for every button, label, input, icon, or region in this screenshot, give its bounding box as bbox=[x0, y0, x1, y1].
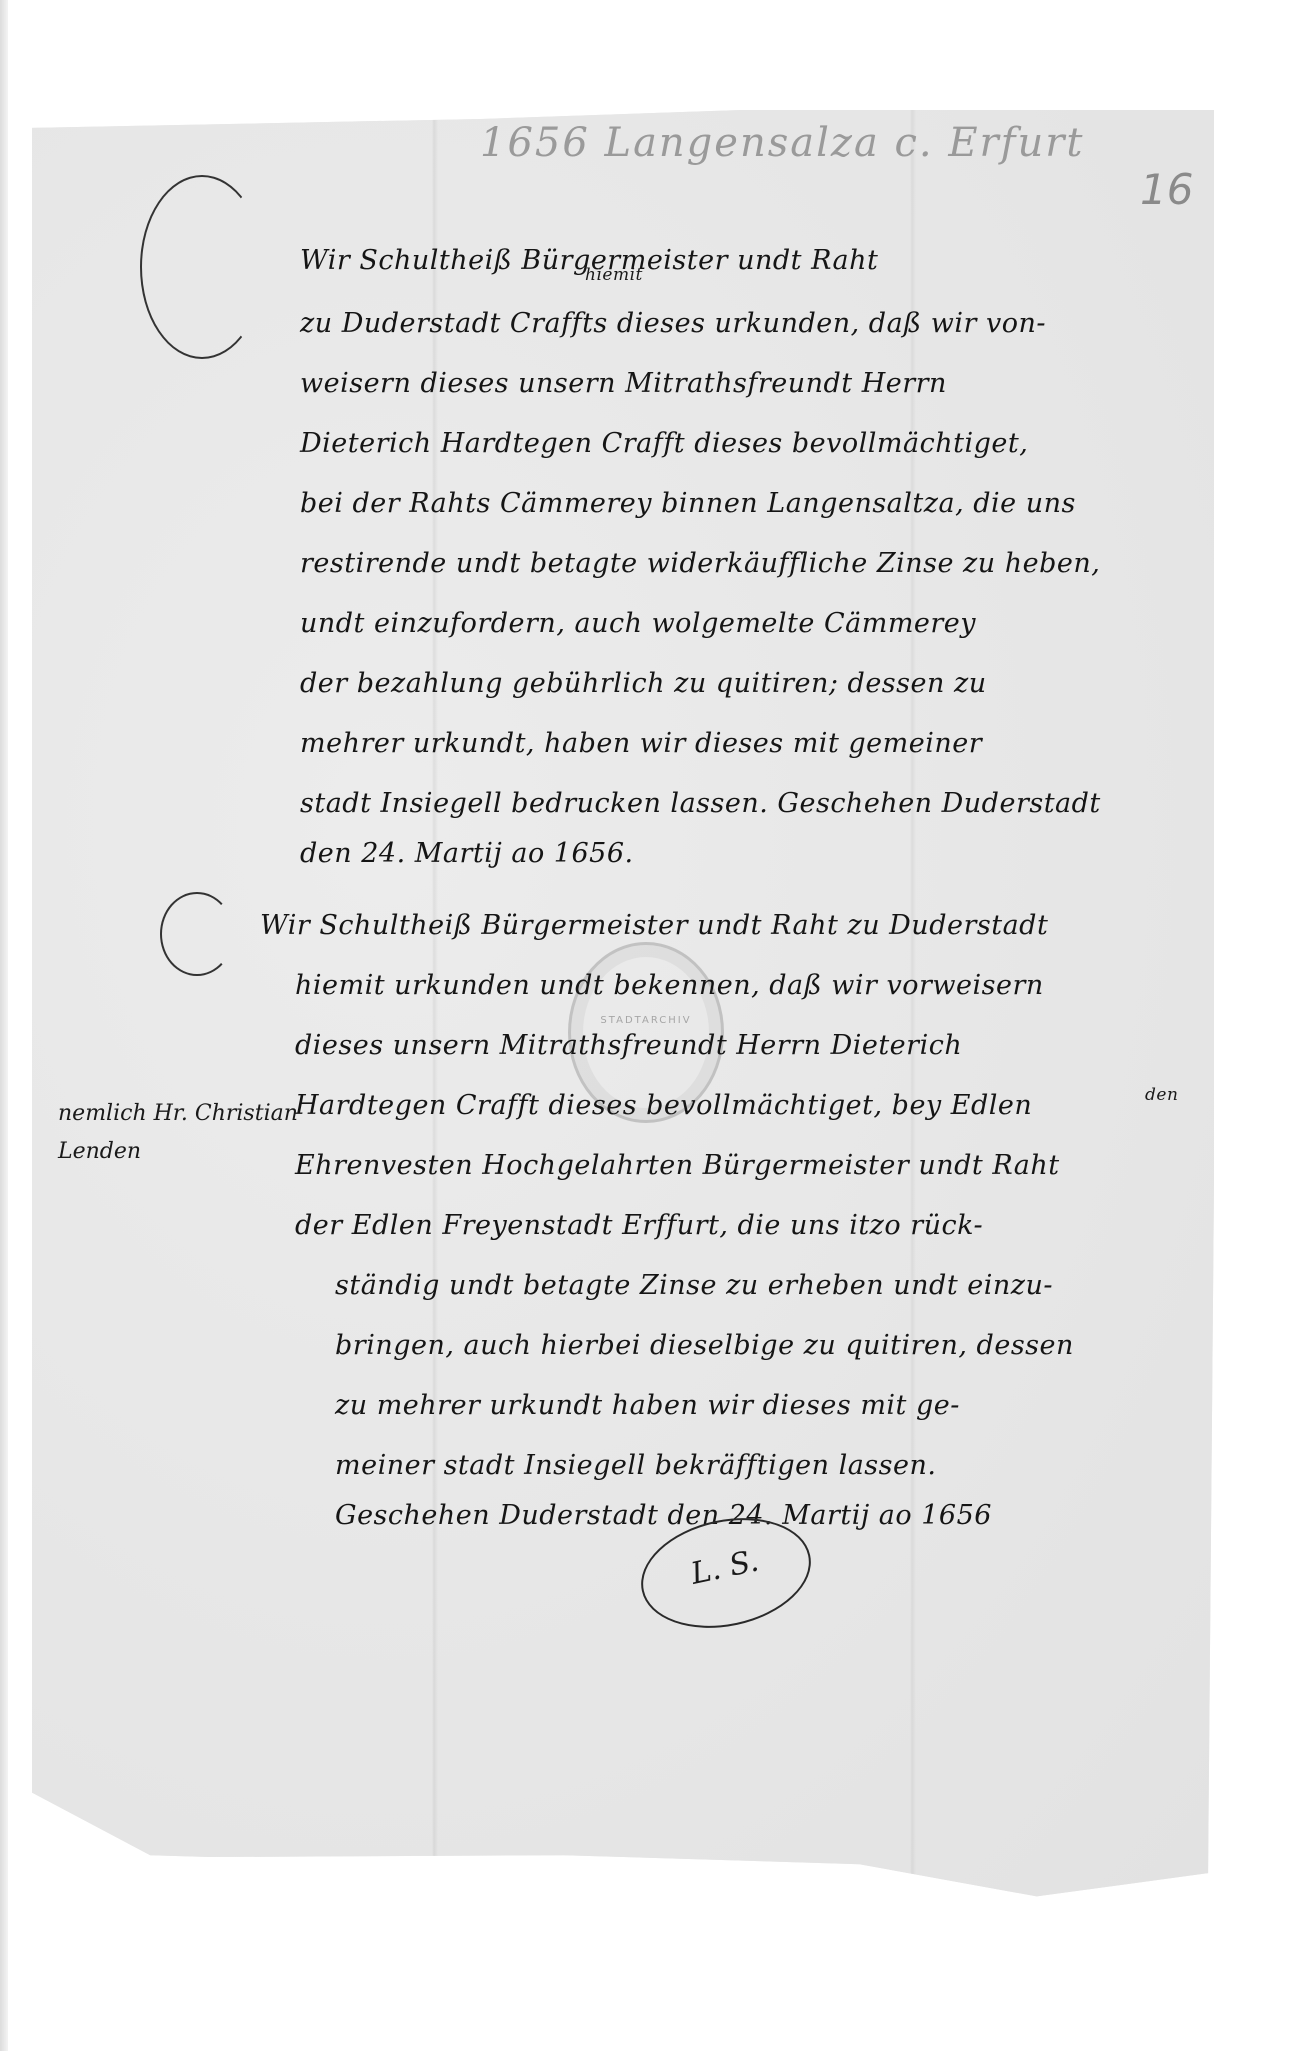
text-line: der bezahlung gebührlich zu quitiren; de… bbox=[300, 668, 987, 699]
text-line: der Edlen Freyenstadt Erffurt, die uns i… bbox=[295, 1210, 983, 1241]
text-line: zu mehrer urkundt haben wir dieses mit g… bbox=[335, 1390, 960, 1421]
margin-note: nemlich Hr. Christian Lenden bbox=[58, 1095, 298, 1171]
text-line: restirende undt betagte widerkäuffliche … bbox=[300, 548, 1100, 579]
text-line: den 24. Martij ao 1656. bbox=[300, 838, 634, 869]
text-line: meiner stadt Insiegell bekräfftigen lass… bbox=[335, 1450, 936, 1481]
initial-flourish-icon bbox=[160, 892, 234, 976]
text-line: hiemit urkunden undt bekennen, daß wir v… bbox=[295, 970, 1044, 1001]
text-line: bringen, auch hierbei dieselbige zu quit… bbox=[335, 1330, 1074, 1361]
text-line: stadt Insiegell bedrucken lassen. Gesche… bbox=[300, 788, 1101, 819]
text-line: weisern dieses unsern Mitrathsfreundt He… bbox=[300, 368, 947, 399]
seal-label: L. S. bbox=[639, 1533, 811, 1602]
text-line: Wir Schultheiß Bürgermeister undt Raht z… bbox=[260, 910, 1048, 941]
archive-pencil-note: 1656 Langensalza c. Erfurt bbox=[480, 120, 1084, 166]
text-line: Ehrenvesten Hochgelahrten Bürgermeister … bbox=[295, 1150, 1060, 1181]
interlinear-insert: den bbox=[1145, 1085, 1178, 1105]
scan-edge bbox=[0, 0, 8, 2051]
text-line: ständig undt betagte Zinse zu erheben un… bbox=[335, 1270, 1053, 1301]
margin-note-line: Lenden bbox=[58, 1133, 298, 1171]
text-line: zu Duderstadt Craffts dieses urkunden, d… bbox=[300, 308, 1046, 339]
folio-number: 16 bbox=[1140, 165, 1193, 214]
text-line: Hardtegen Crafft dieses bevollmächtiget,… bbox=[295, 1090, 1032, 1121]
text-line: mehrer urkundt, haben wir dieses mit gem… bbox=[300, 728, 982, 759]
text-line: Dieterich Hardtegen Crafft dieses bevoll… bbox=[300, 428, 1028, 459]
text-line: undt einzufordern, auch wolgemelte Cämme… bbox=[300, 608, 976, 639]
margin-note-line: nemlich Hr. Christian bbox=[58, 1095, 298, 1133]
initial-flourish-icon bbox=[140, 175, 264, 359]
text-line: Geschehen Duderstadt den 24. Martij ao 1… bbox=[335, 1500, 992, 1531]
stamp-label: STADTARCHIV bbox=[571, 1015, 721, 1026]
text-line: bei der Rahts Cämmerey binnen Langensalt… bbox=[300, 488, 1076, 519]
text-line: Wir Schultheiß Bürgermeister undt Raht bbox=[300, 245, 878, 276]
text-line: dieses unsern Mitrathsfreundt Herrn Diet… bbox=[295, 1030, 962, 1061]
